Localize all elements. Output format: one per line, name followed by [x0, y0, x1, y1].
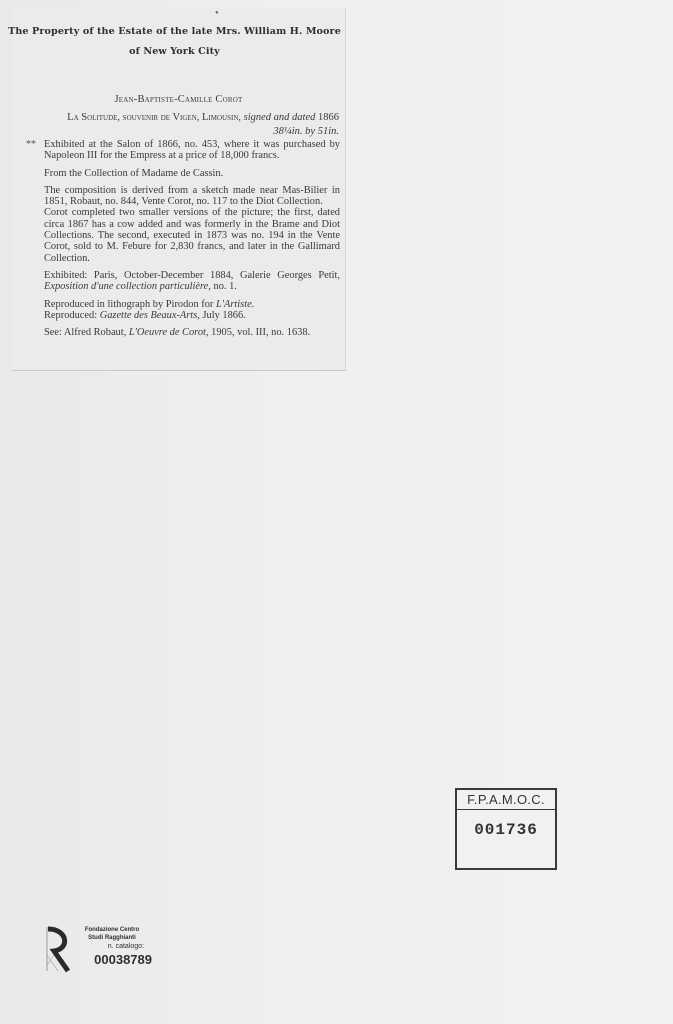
catalog-entry-body: Exhibited at the Salon of 1866, no. 453,… — [44, 139, 340, 344]
artwork-dimensions: 38¼in. by 51in. — [12, 126, 339, 137]
foundation-name: Fondazione Centro — [80, 926, 144, 934]
ink-dot: ● — [215, 10, 219, 16]
stamp-number: 001736 — [457, 821, 555, 839]
provenance-heading-city: of New York City — [8, 46, 341, 57]
composition-note: The composition is derived from a sketch… — [44, 185, 340, 208]
asterisk-marker: ** — [26, 139, 36, 150]
artist-name: Jean-Baptiste-Camille Corot — [12, 94, 345, 105]
catalog-number: 00038789 — [80, 952, 152, 967]
reproductions: Reproduced in lithograph by Pirodon for … — [44, 299, 340, 322]
literature-reference: See: Alfred Robaut, L'Oeuvre de Corot, 1… — [44, 327, 340, 338]
provenance-heading: The Property of the Estate of the late M… — [8, 26, 341, 37]
photo-archive-stamp: F.P.A.M.O.C. 001736 — [455, 788, 557, 870]
provenance-collection: From the Collection of Madame de Cassin. — [44, 168, 340, 179]
catalog-label: n. catalogo: — [80, 942, 144, 951]
auction-catalog-clipping: ● The Property of the Estate of the late… — [12, 8, 346, 371]
ragghianti-logo-icon — [44, 925, 72, 973]
artwork-title: La Solitude, souvenir de Vigen, Limousin… — [12, 112, 339, 123]
foundation-name-line2: Studi Ragghianti — [80, 934, 144, 942]
versions-note: Corot completed two smaller versions of … — [44, 207, 340, 263]
provenance-salon: Exhibited at the Salon of 1866, no. 453,… — [44, 139, 340, 162]
archive-label: Fondazione Centro Studi Ragghianti n. ca… — [44, 920, 162, 976]
stamp-header: F.P.A.M.O.C. — [457, 790, 555, 810]
exhibition-history: Exhibited: Paris, October-December 1884,… — [44, 270, 340, 293]
